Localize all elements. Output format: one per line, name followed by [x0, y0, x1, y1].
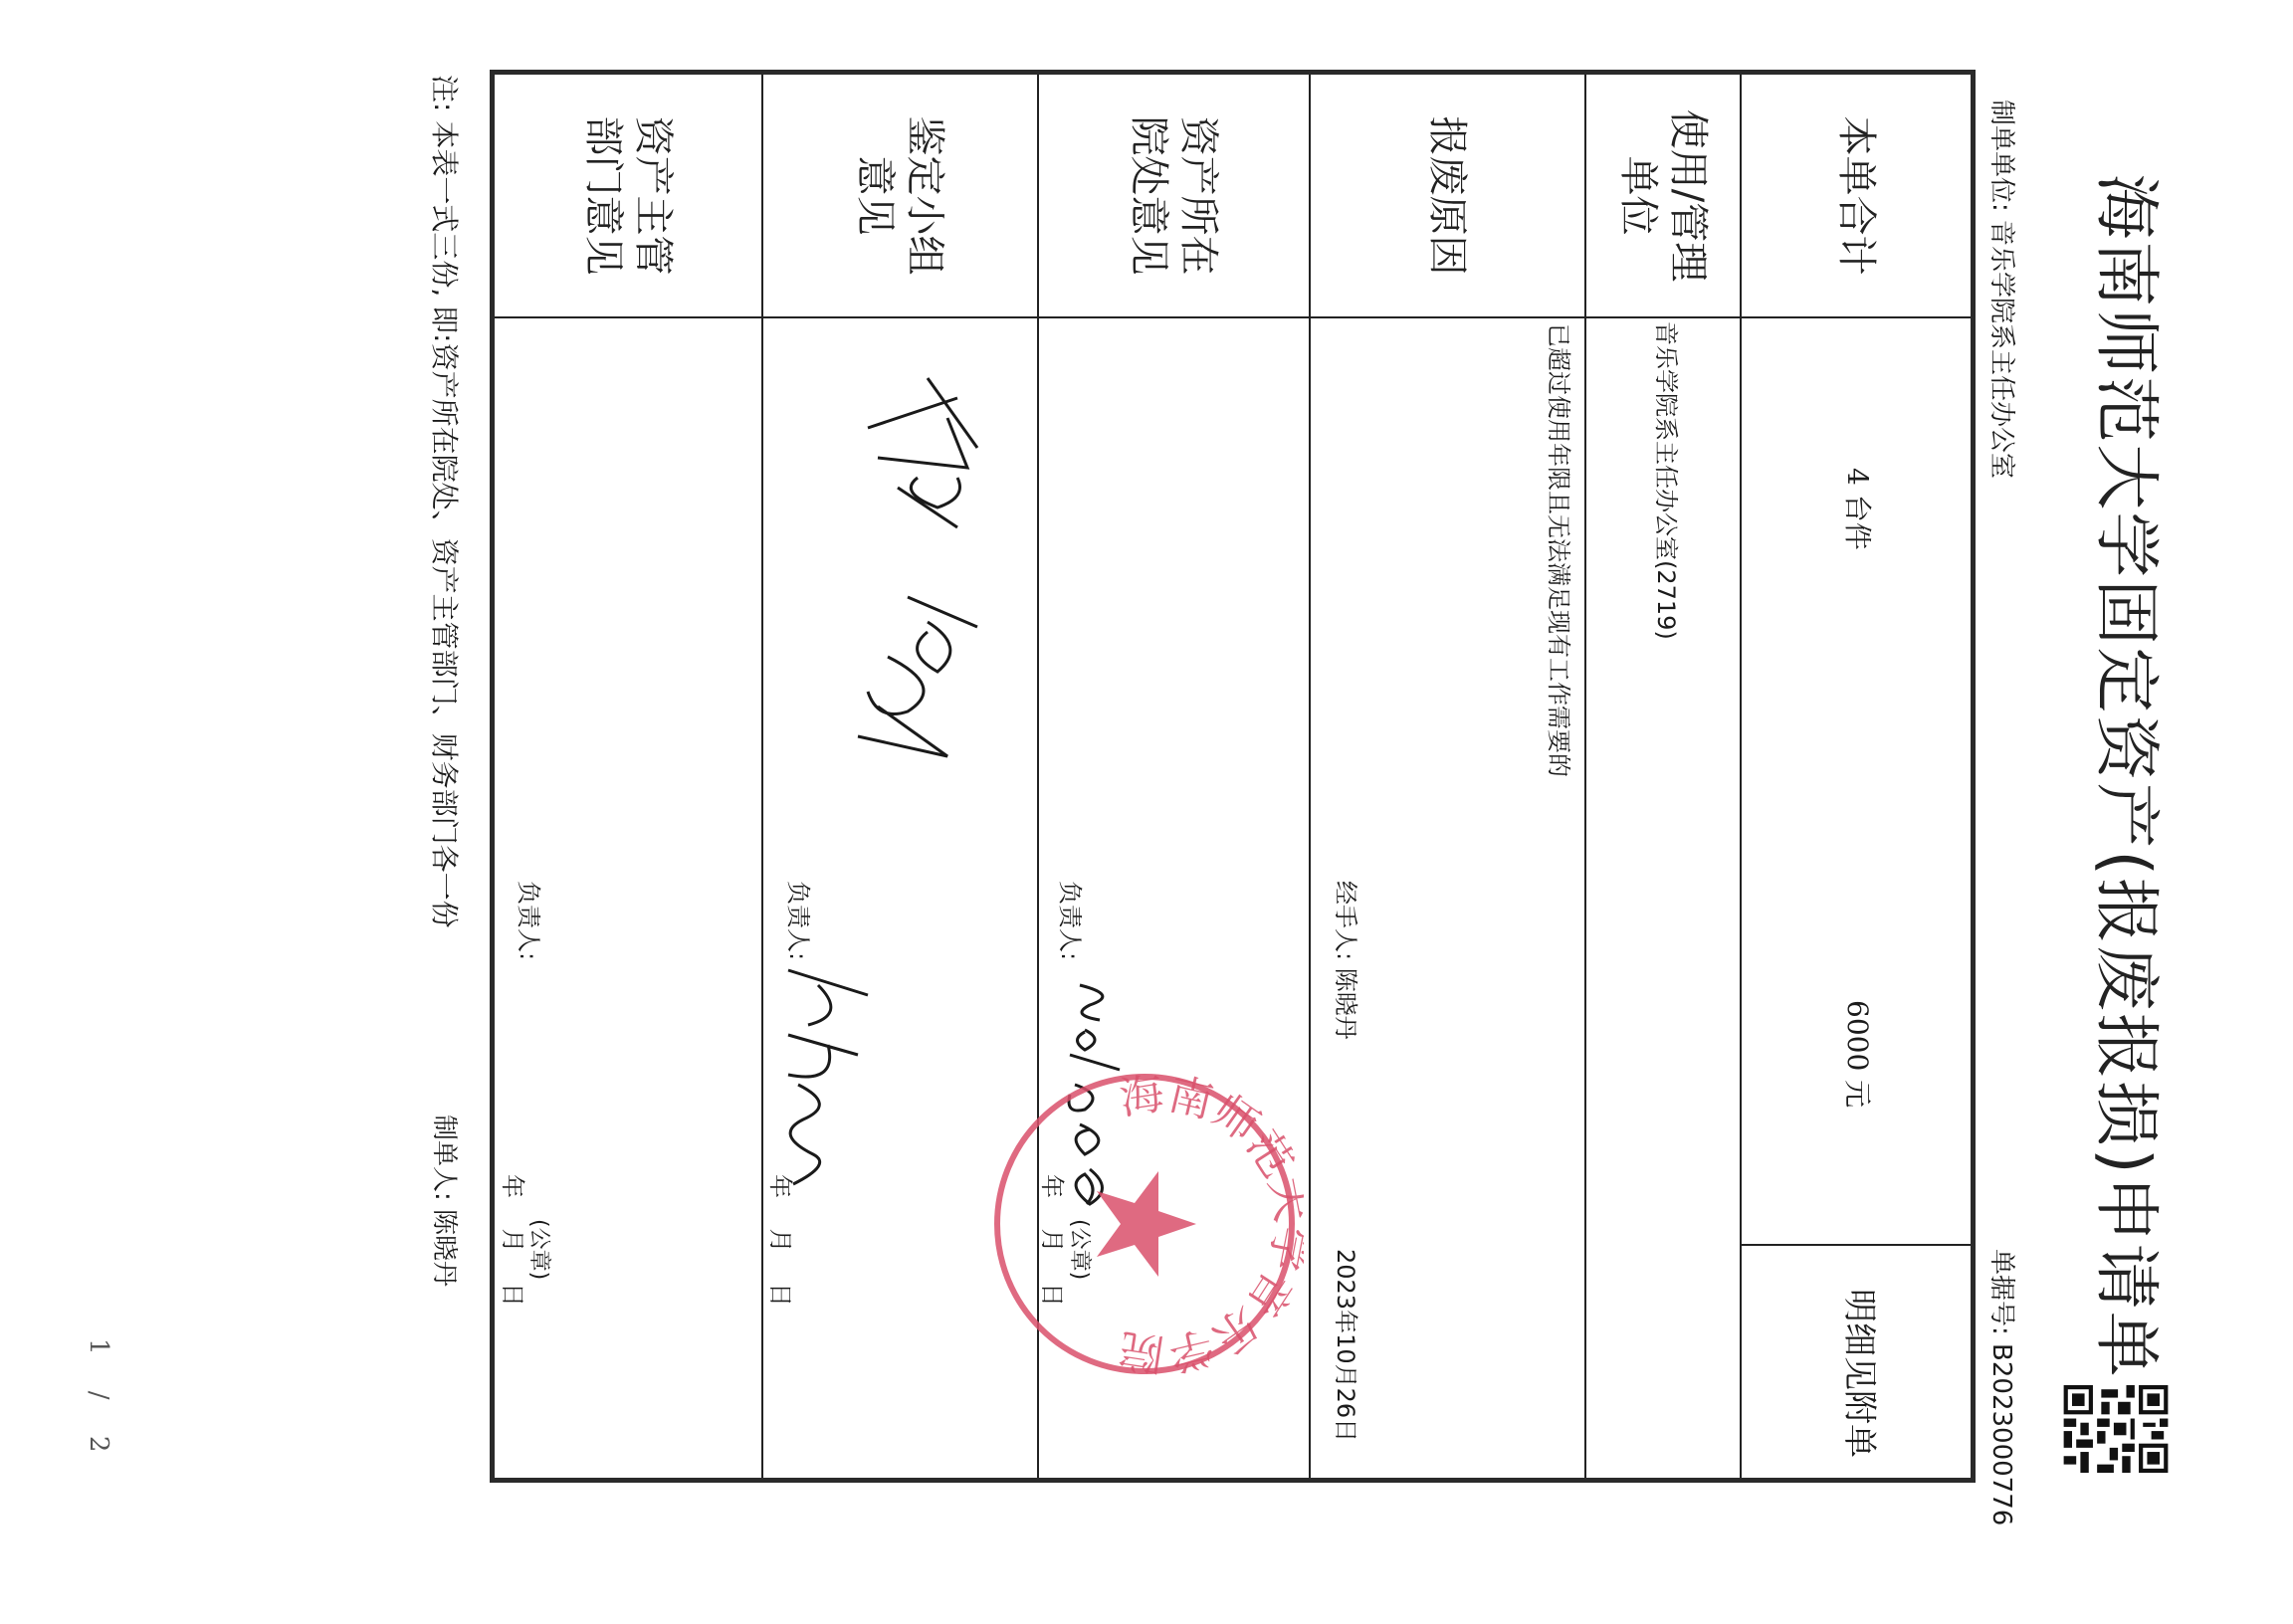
- page-indicator: 1 / 2: [84, 1338, 113, 1466]
- handler: 经手人: 陈晓丹: [1328, 881, 1363, 1040]
- value-total: 4 台件 6000 元 明细见附单: [1742, 318, 1971, 1478]
- maker-unit-value: 音乐学院系主任办公室: [1986, 220, 2016, 479]
- label-dept-opinion: 资产所在 院处意见: [1039, 75, 1309, 318]
- label-asset-dept-opinion: 资产主管 部门意见: [495, 75, 761, 318]
- row-panel-opinion: 鉴定小组 意见 负责人: 年 月 日: [761, 75, 1037, 1478]
- row-reason: 报废原因 已超过使用年限且无法满足现有工作需要的 经手人: 陈晓丹 2023年1…: [1309, 75, 1584, 1478]
- document-page: 海南师范大学固定资产(报废报损)申请单 制单单位: 音乐学院系主任办公室 单据号…: [0, 0, 2293, 1624]
- value-panel-opinion: 负责人: 年 月 日: [763, 318, 1037, 1478]
- label-unit: 使用/管理 单位: [1586, 75, 1740, 318]
- handler-label: 经手人:: [1332, 881, 1359, 960]
- doc-no-label: 单据号:: [1986, 1249, 2016, 1335]
- row-dept-opinion: 资产所在 院处意见 负责人: (公章) 年 月 日: [1037, 75, 1309, 1478]
- value-reason: 已超过使用年限且无法满足现有工作需要的 经手人: 陈晓丹 2023年10月26日: [1311, 318, 1584, 1478]
- row-asset-dept-opinion: 资产主管 部门意见 负责人: (公章) 年 月 日: [495, 75, 761, 1478]
- document-number: 单据号: B2023000776: [1984, 1249, 2018, 1525]
- qr-code-icon: [2062, 1385, 2170, 1473]
- footer-note: 注: 本表一式三份, 即:资产所在院处、资产主管部门、财务部门各一份: [426, 75, 462, 928]
- signature-panel: [768, 965, 888, 1194]
- maker-unit-label: 制单单位:: [1986, 100, 2016, 212]
- row-unit: 使用/管理 单位 音乐学院系主任办公室(2719): [1584, 75, 1740, 1478]
- label-asset-line-2: 部门意见: [578, 116, 628, 276]
- label-dept-line-2: 院处意见: [1125, 116, 1174, 276]
- asset-responsible-label: 负责人:: [511, 881, 546, 960]
- total-quantity: 4 台件: [1839, 468, 1875, 550]
- value-unit: 音乐学院系主任办公室(2719): [1586, 318, 1740, 1478]
- unit-value: 音乐学院系主任办公室(2719): [1648, 321, 1684, 640]
- dept-responsible-label: 负责人:: [1052, 881, 1088, 960]
- label-panel-line-2: 意见: [851, 116, 901, 276]
- maker: 制单人: 陈晓丹: [426, 1115, 462, 1287]
- maker-unit: 制单单位: 音乐学院系主任办公室: [1984, 100, 2018, 479]
- asset-date-placeholder: 年 月 日: [495, 1174, 530, 1307]
- value-dept-opinion: 负责人: (公章) 年 月 日 海南师范大学音乐学院: [1039, 318, 1309, 1478]
- doc-no-value: B2023000776: [1986, 1343, 2016, 1525]
- label-dept-line-1: 资产所在: [1174, 116, 1224, 276]
- maker-name: 陈晓丹: [429, 1209, 459, 1287]
- application-table: 本单合计 4 台件 6000 元 明细见附单 使用/管理 单位 音乐学院系主任办…: [490, 70, 1976, 1483]
- reason-date: 2023年10月26日: [1328, 1249, 1363, 1442]
- label-total: 本单合计: [1742, 75, 1971, 318]
- maker-label: 制单人:: [429, 1115, 459, 1201]
- handwritten-approval: [818, 358, 1017, 876]
- detail-note: 明细见附单: [1841, 1289, 1877, 1458]
- value-asset-dept-opinion: 负责人: (公章) 年 月 日: [495, 318, 761, 1478]
- label-reason-text: 报废原因: [1423, 116, 1473, 276]
- document-title: 海南师范大学固定资产(报废报损)申请单: [2086, 70, 2166, 1483]
- panel-date-placeholder: 年 月 日: [762, 1174, 798, 1307]
- handler-name: 陈晓丹: [1332, 968, 1359, 1040]
- label-reason: 报废原因: [1311, 75, 1584, 318]
- label-asset-line-1: 资产主管: [628, 116, 678, 276]
- label-unit-line-2: 单位: [1613, 109, 1663, 282]
- cell-divider: [1742, 1244, 1971, 1246]
- row-total: 本单合计 4 台件 6000 元 明细见附单: [1740, 75, 1971, 1478]
- total-amount: 6000 元: [1839, 1000, 1875, 1108]
- panel-responsible-label: 负责人:: [780, 881, 816, 960]
- label-panel-opinion: 鉴定小组 意见: [763, 75, 1037, 318]
- label-unit-line-1: 使用/管理: [1663, 109, 1713, 282]
- label-panel-line-1: 鉴定小组: [901, 116, 950, 276]
- reason-value: 已超过使用年限且无法满足现有工作需要的: [1541, 323, 1576, 777]
- label-total-text: 本单合计: [1831, 116, 1881, 276]
